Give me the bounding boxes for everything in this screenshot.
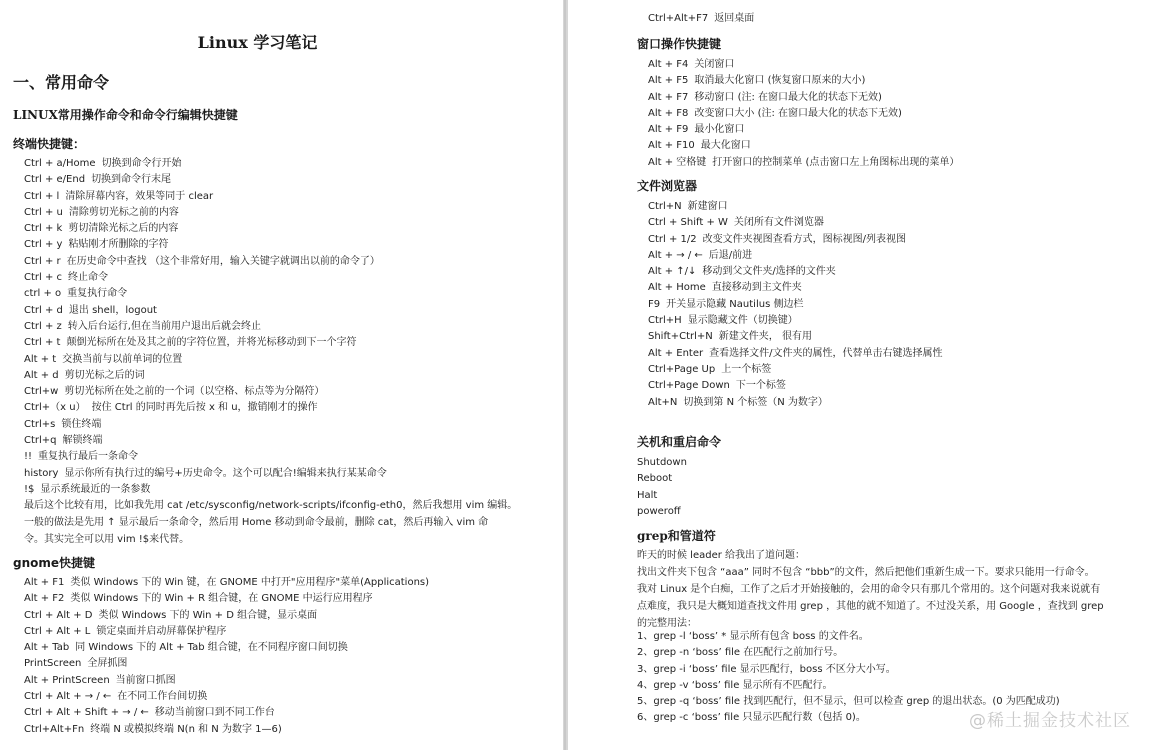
shortcut-description: 解锁终端 (63, 435, 103, 446)
shortcut-key: Alt + d (24, 370, 59, 381)
shortcut-key: Alt + F5 (648, 75, 688, 86)
shortcut-item: !$显示系统最近的一条参数 (24, 482, 387, 498)
shortcut-item: Ctrl + t颠倒光标所在处及其之前的字符位置，并将光标移动到下一个字符 (24, 335, 387, 351)
shortcut-key: Alt + F10 (648, 140, 695, 151)
shortcut-key: Alt+N (648, 397, 677, 408)
shortcut-description: 在不同工作台间切换 (117, 691, 207, 702)
shortcut-key: Ctrl+Alt+F7 (648, 13, 708, 24)
shortcut-description: 切换到命令行末尾 (91, 174, 171, 185)
shortcut-key: Ctrl+w (24, 386, 58, 397)
shortcut-key: Ctrl + Alt + → / ← (24, 691, 111, 702)
watermark: @稀土掘金技术社区 (969, 706, 1131, 731)
shortcut-key: !! (24, 451, 32, 462)
shortcut-key: Ctrl + Alt + D (24, 610, 93, 621)
shortcut-item: Alt + d剪切光标之后的词 (24, 368, 387, 384)
shortcut-item: Ctrl + l清除屏幕内容，效果等同于 clear (24, 189, 387, 205)
shortcut-description: 全屏抓图 (87, 658, 127, 669)
shortcut-description: 打开窗口的控制菜单 (点击窗口左上角图标出现的菜单） (712, 157, 959, 168)
shortcut-key: Ctrl + Shift + W (648, 217, 728, 228)
gnome-heading: gnome快捷键 (13, 554, 95, 571)
shortcut-item: Ctrl + r在历史命令中查找 （这个非常好用，输入关键字就调出以前的命令了） (24, 254, 387, 270)
subheading: LINUX常用操作命令和命令行编辑快捷键 (13, 106, 238, 123)
shutdown-command-list: ShutdownRebootHaltpoweroff (637, 455, 687, 520)
shortcut-key: Alt + Home (648, 282, 706, 293)
shortcut-key: Ctrl + d (24, 305, 63, 316)
shortcut-item: Alt+N切换到第 N 个标签（N 为数字） (648, 395, 943, 411)
shortcut-description: 新建窗口 (688, 201, 728, 212)
shortcut-description: 清除屏幕内容，效果等同于 clear (65, 191, 213, 202)
shortcut-key: Ctrl + k (24, 223, 62, 234)
shortcut-description: 剪切光标之后的词 (65, 370, 145, 381)
shortcut-description: 同 Windows 下的 Alt + Tab 组合键，在不同程序窗口间切换 (75, 642, 348, 653)
shortcut-item: Ctrl+q解锁终端 (24, 433, 387, 449)
shortcut-description: 交换当前与以前单词的位置 (62, 354, 182, 365)
shortcut-item: Ctrl + Alt + → / ←在不同工作台间切换 (24, 689, 429, 705)
shortcut-description: 按住 Ctrl 的同时再先后按 x 和 u，撤销刚才的操作 (92, 402, 318, 413)
shortcut-key: Alt + PrintScreen (24, 675, 110, 686)
shortcut-item: Alt + F10最大化窗口 (648, 138, 959, 154)
shutdown-command: Reboot (637, 471, 687, 487)
shortcut-description: 剪切光标所在处之前的一个词（以空格、标点等为分隔符） (64, 386, 324, 397)
shortcut-item: history显示你所有执行过的编号+历史命令。这个可以配合!编辑来执行某某命令 (24, 466, 387, 482)
shortcut-key: ctrl + o (24, 288, 61, 299)
shortcut-item: Ctrl+s锁住终端 (24, 417, 387, 433)
shortcut-item: Ctrl + a/Home切换到命令行开始 (24, 156, 387, 172)
terminal-heading: 终端快捷键： (13, 135, 85, 152)
shortcut-description: 改变文件夹视图查看方式，图标视图/列表视图 (703, 234, 906, 245)
terminal-note: 最后这个比较有用，比如我先用 cat /etc/sysconfig/networ… (24, 497, 524, 548)
shortcut-description: 取消最大化窗口 (恢复窗口原来的大小) (694, 75, 865, 86)
grep-intro-line: 我对 Linux 是个白痴，工作了之后才开始接触的，会用的命令只有那几个常用的。… (637, 581, 1137, 598)
shortcut-description: 转入后台运行,但在当前用户退出后就会终止 (68, 321, 261, 332)
shortcut-key: Ctrl + t (24, 337, 60, 348)
shortcut-item: ctrl + o重复执行命令 (24, 286, 387, 302)
shortcut-key: Ctrl + c (24, 272, 62, 283)
shortcut-item: Ctrl+H显示隐藏文件（切换键） (648, 313, 943, 329)
shortcut-description: 退出 shell，logout (69, 305, 157, 316)
shortcut-item: Alt + 空格键打开窗口的控制菜单 (点击窗口左上角图标出现的菜单） (648, 155, 959, 171)
file-browser-shortcut-list: Ctrl+N新建窗口Ctrl + Shift + W关闭所有文件浏览器Ctrl … (648, 199, 943, 411)
section-heading: 一、常用命令 (13, 70, 109, 93)
file-browser-heading: 文件浏览器 (637, 177, 697, 194)
shortcut-item: Alt + t交换当前与以前单词的位置 (24, 352, 387, 368)
document-page-right: Ctrl+Alt+F7返回桌面 窗口操作快捷键 Alt + F4关闭窗口Alt … (568, 0, 1151, 750)
shortcut-description: 移动当前窗口到不同工作台 (155, 707, 275, 718)
shortcut-description: 最小化窗口 (694, 124, 744, 135)
shortcut-item: Ctrl+Page Up上一个标签 (648, 362, 943, 378)
grep-usage-item: 1、grep -l ‘boss’ * 显示所有包含 boss 的文件名。 (637, 629, 1060, 645)
shortcut-item: Alt + F2类似 Windows 下的 Win + R 组合键，在 GNOM… (24, 591, 429, 607)
shortcut-key: Ctrl+（x u） (24, 402, 86, 413)
shortcut-key: Ctrl+Page Down (648, 380, 730, 391)
shortcut-description: 切换到第 N 个标签（N 为数字） (683, 397, 828, 408)
shortcut-description: 类似 Windows 下的 Win 键，在 GNOME 中打开"应用程序"菜单(… (70, 577, 429, 588)
shortcut-item: Ctrl+Alt+Fn终端 N 或模拟终端 N(n 和 N 为数字 1—6) (24, 722, 429, 738)
shortcut-item: Alt + Tab同 Windows 下的 Alt + Tab 组合键，在不同程… (24, 640, 429, 656)
shortcut-key: Ctrl+N (648, 201, 682, 212)
shortcut-description: 剪切清除光标之后的内容 (68, 223, 178, 234)
shortcut-key: Ctrl + z (24, 321, 62, 332)
shortcut-description: 查看选择文件/文件夹的属性，代替单击右键选择属性 (709, 348, 942, 359)
shortcut-description: 在历史命令中查找 （这个非常好用，输入关键字就调出以前的命令了） (67, 256, 380, 267)
shortcut-description: 颠倒光标所在处及其之前的字符位置，并将光标移动到下一个字符 (66, 337, 356, 348)
grep-intro: 昨天的时候 leader 给我出了道问题： 找出文件夹下包含 “aaa” 同时不… (637, 547, 1137, 632)
shortcut-key: Alt + 空格键 (648, 157, 706, 168)
shortcut-description: 关闭窗口 (694, 59, 734, 70)
shortcut-key: Ctrl+H (648, 315, 682, 326)
shortcut-description: 终端 N 或模拟终端 N(n 和 N 为数字 1—6) (90, 724, 282, 735)
shortcut-description: 上一个标签 (721, 364, 771, 375)
shortcut-item: Ctrl + Alt + Shift + → / ←移动当前窗口到不同工作台 (24, 705, 429, 721)
shortcut-description: 下一个标签 (736, 380, 786, 391)
shortcut-item: Ctrl + d退出 shell，logout (24, 303, 387, 319)
shortcut-key: Ctrl + l (24, 191, 59, 202)
shortcut-item: PrintScreen全屏抓图 (24, 656, 429, 672)
shortcut-item: Ctrl+Page Down下一个标签 (648, 378, 943, 394)
grep-intro-line: 找出文件夹下包含 “aaa” 同时不包含 “bbb”的文件，然后把他们重新生成一… (637, 564, 1137, 581)
shortcut-key: Ctrl + u (24, 207, 63, 218)
shortcut-key: Alt + F7 (648, 92, 688, 103)
shortcut-item: Ctrl + u清除剪切光标之前的内容 (24, 205, 387, 221)
shortcut-item: Alt + Home直接移动到主文件夹 (648, 280, 943, 296)
shortcut-description: 显示隐藏文件（切换键） (688, 315, 798, 326)
shortcut-item: Ctrl + z转入后台运行,但在当前用户退出后就会终止 (24, 319, 387, 335)
shortcut-item: Ctrl + 1/2改变文件夹视图查看方式，图标视图/列表视图 (648, 232, 943, 248)
grep-usage-item: 3、grep -i ‘boss’ file 显示匹配行，boss 不区分大小写。 (637, 662, 1060, 678)
shortcut-item: Alt + → / ←后退/前进 (648, 248, 943, 264)
shortcut-description: 显示你所有执行过的编号+历史命令。这个可以配合!编辑来执行某某命令 (64, 468, 386, 479)
shortcut-key: Ctrl + Alt + Shift + → / ← (24, 707, 149, 718)
shortcut-item: F9开关显示隐藏 Nautilus 侧边栏 (648, 297, 943, 313)
grep-usage-item: 2、grep -n ‘boss’ file 在匹配行之前加行号。 (637, 645, 1060, 661)
shortcut-description: 清除剪切光标之前的内容 (69, 207, 179, 218)
shortcut-item: Alt + ↑/↓移动到父文件夹/选择的文件夹 (648, 264, 943, 280)
gnome-shortcut-list: Alt + F1类似 Windows 下的 Win 键，在 GNOME 中打开"… (24, 575, 429, 738)
shortcut-item: !!重复执行最后一条命令 (24, 449, 387, 465)
shortcut-key: Ctrl+s (24, 419, 55, 430)
document-page-left: Linux 学习笔记 一、常用命令 LINUX常用操作命令和命令行编辑快捷键 终… (0, 0, 563, 750)
shortcut-description: 粘贴刚才所删除的字符 (68, 239, 168, 250)
shortcut-key: !$ (24, 484, 34, 495)
shortcut-item: Ctrl + e/End切换到命令行末尾 (24, 172, 387, 188)
shortcut-description: 开关显示隐藏 Nautilus 侧边栏 (666, 299, 803, 310)
shortcut-description: 返回桌面 (714, 13, 754, 24)
note-line: 最后这个比较有用，比如我先用 cat /etc/sysconfig/networ… (24, 497, 524, 514)
shortcut-description: 重复执行最后一条命令 (38, 451, 138, 462)
shortcut-description: 新建文件夹， 很有用 (719, 331, 812, 342)
shortcut-item: Shift+Ctrl+N新建文件夹， 很有用 (648, 329, 943, 345)
shortcut-description: 关闭所有文件浏览器 (734, 217, 824, 228)
terminal-shortcut-list: Ctrl + a/Home切换到命令行开始Ctrl + e/End切换到命令行末… (24, 156, 387, 498)
shortcut-description: 类似 Windows 下的 Win + R 组合键，在 GNOME 中运行应用程… (70, 593, 372, 604)
shortcut-key: PrintScreen (24, 658, 81, 669)
shortcut-item: Ctrl + c终止命令 (24, 270, 387, 286)
shortcut-key: Ctrl+q (24, 435, 57, 446)
shortcut-description: 改变窗口大小 (注: 在窗口最大化的状态下无效) (694, 108, 902, 119)
shortcut-item: Alt + Enter查看选择文件/文件夹的属性，代替单击右键选择属性 (648, 346, 943, 362)
note-line: 一般的做法是先用 ↑ 显示最后一条命令，然后用 Home 移动到命令最前，删除 … (24, 514, 524, 531)
window-ops-heading: 窗口操作快捷键 (637, 35, 721, 52)
shortcut-description: 直接移动到主文件夹 (712, 282, 802, 293)
shortcut-description: 锁住终端 (61, 419, 101, 430)
shortcut-description: 最大化窗口 (701, 140, 751, 151)
shortcut-item: Ctrl+N新建窗口 (648, 199, 943, 215)
grep-usage-item: 4、grep -v ‘boss’ file 显示所有不匹配行。 (637, 678, 1060, 694)
shortcut-description: 移动窗口 (注: 在窗口最大化的状态下无效) (694, 92, 882, 103)
shortcut-item: Alt + F1类似 Windows 下的 Win 键，在 GNOME 中打开"… (24, 575, 429, 591)
shortcut-description: 显示系统最近的一条参数 (40, 484, 150, 495)
shortcut-item: Alt + PrintScreen当前窗口抓图 (24, 673, 429, 689)
shortcut-item: Alt + F5取消最大化窗口 (恢复窗口原来的大小) (648, 73, 959, 89)
shortcut-key: Ctrl + r (24, 256, 61, 267)
grep-intro-line: 昨天的时候 leader 给我出了道问题： (637, 547, 1137, 564)
shortcut-item: Alt + F7移动窗口 (注: 在窗口最大化的状态下无效) (648, 90, 959, 106)
shortcut-item: Ctrl + Shift + W关闭所有文件浏览器 (648, 215, 943, 231)
shortcut-item: Ctrl + Alt + D类似 Windows 下的 Win + D 组合键，… (24, 608, 429, 624)
shortcut-key: Ctrl + 1/2 (648, 234, 697, 245)
shortcut-key: Alt + Enter (648, 348, 703, 359)
shortcut-key: Shift+Ctrl+N (648, 331, 713, 342)
shortcut-key: Ctrl + a/Home (24, 158, 96, 169)
shutdown-command: Shutdown (637, 455, 687, 471)
shutdown-heading: 关机和重启命令 (637, 433, 721, 450)
shortcut-item: Alt + F4关闭窗口 (648, 57, 959, 73)
shortcut-item: Ctrl+Alt+F7返回桌面 (648, 11, 754, 27)
shortcut-description: 移动到父文件夹/选择的文件夹 (702, 266, 835, 277)
shortcut-key: Alt + F1 (24, 577, 64, 588)
shortcut-key: Ctrl+Page Up (648, 364, 715, 375)
shortcut-key: Ctrl + Alt + L (24, 626, 90, 637)
shortcut-item: Ctrl + k剪切清除光标之后的内容 (24, 221, 387, 237)
shortcut-key: Alt + F9 (648, 124, 688, 135)
shortcut-key: Alt + → / ← (648, 250, 703, 261)
shortcut-key: F9 (648, 299, 660, 310)
shortcut-description: 终止命令 (68, 272, 108, 283)
shortcut-description: 类似 Windows 下的 Win + D 组合键，显示桌面 (99, 610, 318, 621)
shortcut-key: history (24, 468, 58, 479)
shortcut-key: Alt + ↑/↓ (648, 266, 696, 277)
shortcut-description: 锁定桌面并启动屏幕保护程序 (96, 626, 226, 637)
note-line: 令。其实完全可以用 vim !$来代替。 (24, 531, 524, 548)
shortcut-key: Alt + Tab (24, 642, 69, 653)
shortcut-item: Alt + F9最小化窗口 (648, 122, 959, 138)
shortcut-key: Alt + F4 (648, 59, 688, 70)
shortcut-key: Alt + F2 (24, 593, 64, 604)
window-shortcut-list: Alt + F4关闭窗口Alt + F5取消最大化窗口 (恢复窗口原来的大小)A… (648, 57, 959, 171)
shortcut-description: 后退/前进 (709, 250, 752, 261)
shortcut-key: Ctrl + y (24, 239, 62, 250)
shortcut-item: Alt + F8改变窗口大小 (注: 在窗口最大化的状态下无效) (648, 106, 959, 122)
shutdown-command: poweroff (637, 504, 687, 520)
shortcut-item: Ctrl + Alt + L锁定桌面并启动屏幕保护程序 (24, 624, 429, 640)
grep-heading: grep和管道符 (637, 527, 716, 544)
shortcut-key: Ctrl + e/End (24, 174, 85, 185)
shortcut-item: Ctrl+w剪切光标所在处之前的一个词（以空格、标点等为分隔符） (24, 384, 387, 400)
document-title: Linux 学习笔记 (0, 30, 515, 53)
grep-intro-line: 点难度，我只是大概知道查找文件用 grep ，其他的就不知道了。不过没关系，用 … (637, 598, 1137, 615)
shortcut-item: Ctrl+（x u）按住 Ctrl 的同时再先后按 x 和 u，撤销刚才的操作 (24, 400, 387, 416)
shortcut-description: 当前窗口抓图 (116, 675, 176, 686)
shortcut-key: Alt + t (24, 354, 56, 365)
shortcut-key: Ctrl+Alt+Fn (24, 724, 84, 735)
shortcut-description: 重复执行命令 (67, 288, 127, 299)
shortcut-description: 切换到命令行开始 (102, 158, 182, 169)
shutdown-command: Halt (637, 488, 687, 504)
gnome-shortcut-list-continued: Ctrl+Alt+F7返回桌面 (648, 11, 754, 27)
shortcut-item: Ctrl + y粘贴刚才所删除的字符 (24, 237, 387, 253)
shortcut-key: Alt + F8 (648, 108, 688, 119)
